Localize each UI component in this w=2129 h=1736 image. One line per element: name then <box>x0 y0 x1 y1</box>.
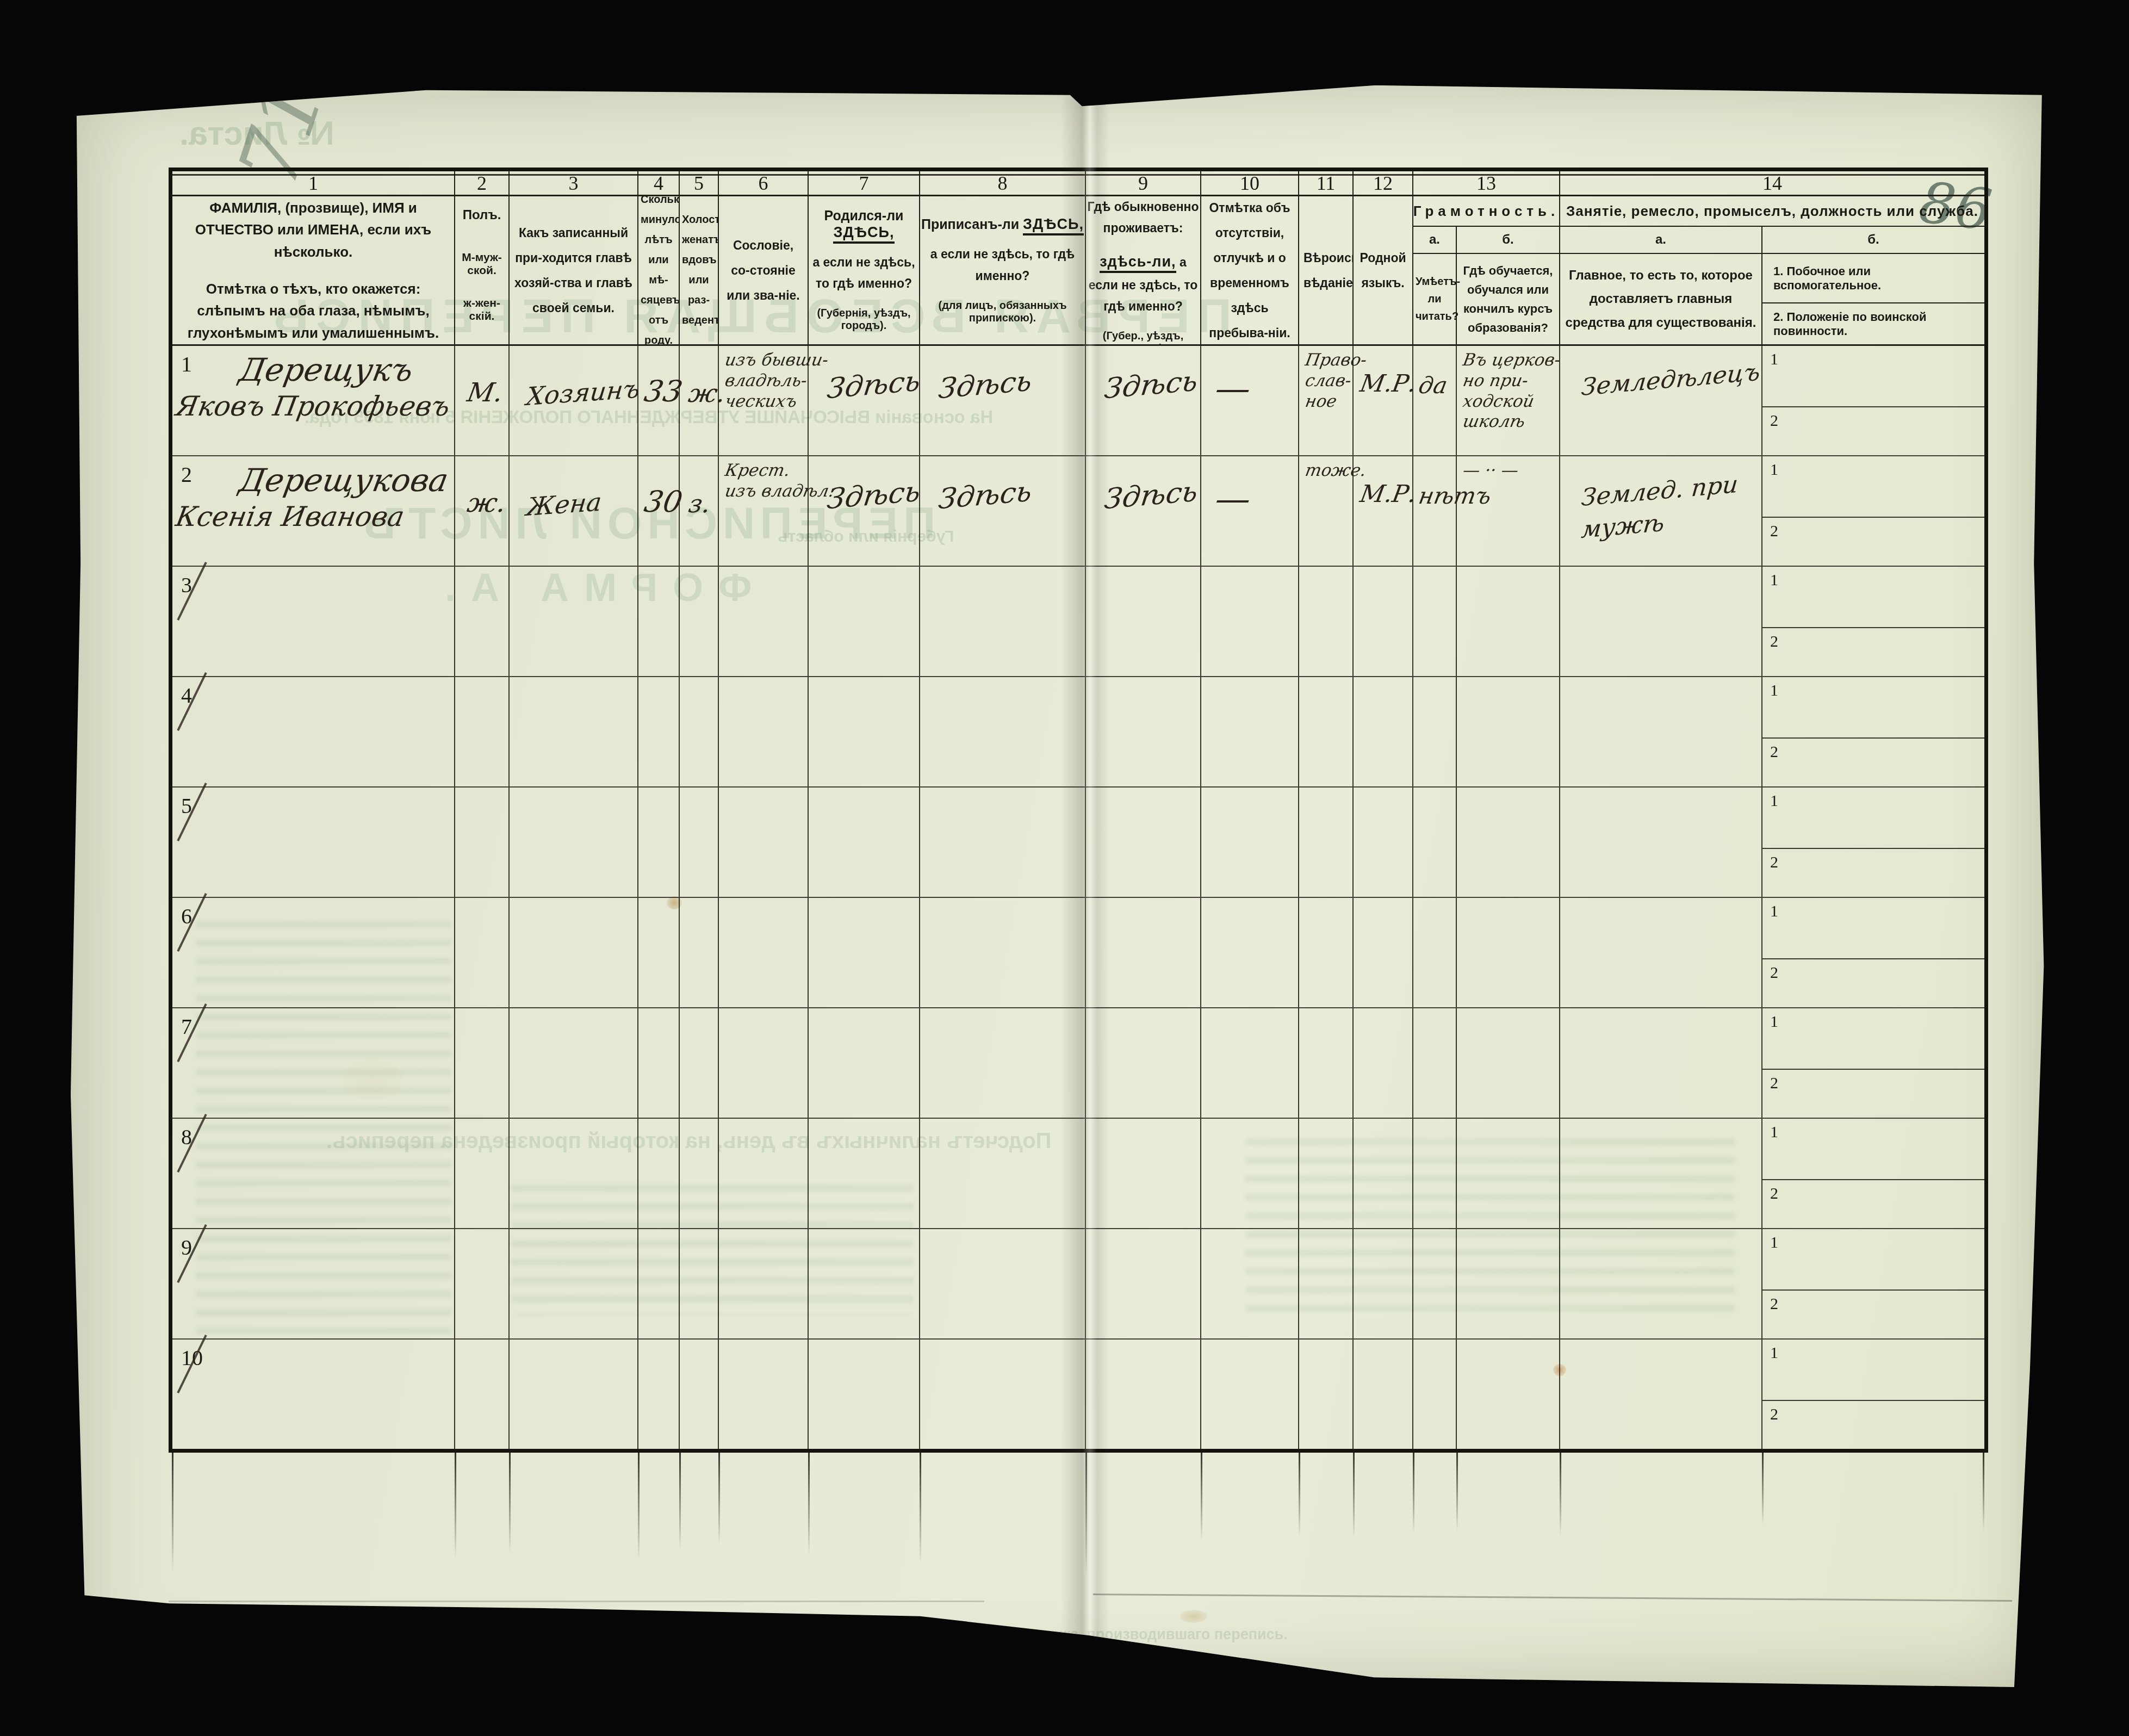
cell-age <box>638 677 680 786</box>
column-line-stub <box>172 1449 173 1571</box>
scan-background: № Листа. ПЕРВАЯ ВСЕОБЩАЯ ПЕРЕПИСЬ На осн… <box>0 0 2129 1736</box>
subcell-number: 2 <box>1762 1180 1984 1203</box>
subcell-number: 1 <box>1762 898 1984 921</box>
column-line-stub <box>1201 1449 1202 1541</box>
column-line-stub <box>1983 1449 1984 1530</box>
cell-relation <box>510 1119 638 1228</box>
cell-absence <box>1201 898 1299 1007</box>
col-number-14: 14 <box>1560 171 1984 196</box>
subcell-number: 2 <box>1762 1291 1984 1313</box>
cell-name: 10 <box>172 1340 455 1449</box>
cell-name: 1ДерещукъЯковъ Прокофьевъ <box>172 346 455 455</box>
cell-relation <box>510 567 638 676</box>
header-birthplace-pre: Родился-ли <box>824 208 904 224</box>
cell-literacy-reads: нѣтъ <box>1413 456 1457 566</box>
header-language: Родной языкъ. <box>1354 196 1413 344</box>
page-bottom-edge <box>169 1601 984 1602</box>
cell-occupation <box>1560 898 1762 1007</box>
column-line-stub <box>920 1449 921 1563</box>
cell-religion <box>1299 788 1354 897</box>
header-sex-title: Полъ. <box>455 208 508 223</box>
cell-sex: ж. <box>455 456 510 566</box>
header-literacy-where: Гдѣ обучается, обучался или кончилъ курс… <box>1457 254 1559 344</box>
cell-sex <box>455 567 510 676</box>
cell-occupation <box>1560 1008 1762 1118</box>
cell-side-occupation: 12 <box>1762 346 1984 455</box>
column-line-stub <box>808 1449 810 1555</box>
cell-marital: з. <box>680 456 719 566</box>
cell-relation: Жена <box>510 456 638 566</box>
row-number: 2 <box>181 462 192 487</box>
cell-age <box>638 788 680 897</box>
page-fold <box>1060 80 1109 1690</box>
cell-relation <box>510 677 638 786</box>
cell-occupation: Землед. примужѣ <box>1560 456 1762 566</box>
subcell-number: 1 <box>1762 1008 1984 1031</box>
subcell-number: 1 <box>1762 788 1984 810</box>
cell-language <box>1354 898 1413 1007</box>
cell-language: М.Р. <box>1354 346 1413 455</box>
cell-literacy-where: — ·· — <box>1457 456 1560 566</box>
cell-literacy-where: Въ церков-но при-ходскойшколѣ <box>1457 346 1560 455</box>
cell-religion <box>1299 567 1354 676</box>
side-occupation-2: 2 <box>1762 628 1984 676</box>
cell-age <box>638 1340 680 1449</box>
cell-sex <box>455 677 510 786</box>
cell-sex <box>455 788 510 897</box>
side-occupation-1: 1 <box>1762 1119 1984 1180</box>
handwritten-entry: Здѣсь <box>809 337 928 407</box>
cell-literacy-where <box>1457 788 1560 897</box>
cell-estate: изъ бывши-владѣль-ческихъ <box>719 346 809 455</box>
cell-estate <box>719 898 809 1007</box>
cell-estate <box>719 567 809 676</box>
cell-occupation: Земледѣлецъ <box>1560 346 1762 455</box>
cell-estate <box>719 1119 809 1228</box>
cell-marital <box>680 1340 719 1449</box>
cell-side-occupation: 12 <box>1762 677 1984 786</box>
side-occupation-2: 2 <box>1762 518 1984 566</box>
header-literacy-sub-b: б. <box>1457 227 1559 254</box>
subcell-number: 2 <box>1762 959 1984 982</box>
cell-religion <box>1299 1008 1354 1118</box>
col-number-1: 1 <box>172 171 455 196</box>
handwritten-entry: изъ бывши- <box>719 350 811 371</box>
header-occupation-title: Занятіе, ремесло, промыселъ, должность и… <box>1560 196 1984 227</box>
handwritten-entry: Здѣсь <box>809 447 928 517</box>
cell-literacy-reads <box>1413 898 1457 1007</box>
cell-born-here <box>809 1340 920 1449</box>
cell-occupation <box>1560 1229 1762 1338</box>
col-number-4: 4 <box>638 171 680 196</box>
cell-religion <box>1299 1340 1354 1449</box>
header-literacy-title: Грамотность. <box>1413 196 1559 227</box>
handwritten-entry: слав- <box>1299 371 1356 392</box>
handwritten-entry: Въ церков- <box>1457 350 1563 371</box>
cell-born-here: Здѣсь <box>809 456 920 566</box>
handwritten-entry: М.Р. <box>1354 456 1422 508</box>
side-occupation-1: 1 <box>1762 567 1984 628</box>
cell-sex <box>455 1340 510 1449</box>
cell-born-here <box>809 567 920 676</box>
subcell-number: 1 <box>1762 1340 1984 1362</box>
header-name-main: ФАМИЛІЯ, (прозвище), ИМЯ и ОТЧЕСТВО или … <box>187 197 440 263</box>
col-number-7: 7 <box>809 171 920 196</box>
cell-relation <box>510 1340 638 1449</box>
cell-religion <box>1299 1229 1354 1338</box>
cell-estate <box>719 677 809 786</box>
side-occupation-2: 2 <box>1762 1180 1984 1228</box>
cell-literacy-where <box>1457 898 1560 1007</box>
cell-religion <box>1299 677 1354 786</box>
header-occupation-sub-b: б. <box>1762 227 1984 254</box>
header-sex: Полъ. М-муж-ской. ж-жен-скій. <box>455 196 510 344</box>
header-residence-here: здѣсь-ли, <box>1100 253 1176 273</box>
cell-name: 7 <box>172 1008 455 1118</box>
handwritten-entry: — ·· — <box>1457 461 1563 481</box>
cell-language <box>1354 567 1413 676</box>
side-occupation-1: 1 <box>1762 1340 1984 1401</box>
header-occupation-sub-a: а. <box>1560 227 1762 254</box>
cell-side-occupation: 12 <box>1762 1119 1984 1228</box>
cell-name: 4 <box>172 677 455 786</box>
cell-literacy-reads <box>1413 1340 1457 1449</box>
col-number-3: 3 <box>510 171 638 196</box>
handwritten-entry: но при- <box>1457 371 1563 392</box>
cell-literacy-where <box>1457 1008 1560 1118</box>
cell-marital <box>680 898 719 1007</box>
column-line-stub <box>679 1449 681 1549</box>
cell-literacy-reads <box>1413 677 1457 786</box>
side-occupation-2: 2 <box>1762 959 1984 1007</box>
header-religion: Вѣроиспо-вѣданіе. <box>1299 196 1354 344</box>
header-literacy-reads: Умѣетъ-ли читать? <box>1413 254 1457 344</box>
cell-occupation <box>1560 1340 1762 1449</box>
cell-absence: — <box>1201 346 1299 455</box>
header-sex-male: М-муж-ской. <box>455 251 508 277</box>
header-birthplace: Родился-ли ЗДѢСЬ, а если не здѣсь, то гд… <box>809 196 920 344</box>
subcell-number: 1 <box>1762 677 1984 700</box>
cell-born-here <box>809 1229 920 1338</box>
side-occupation-1: 1 <box>1762 898 1984 959</box>
cell-age: 30 <box>638 456 680 566</box>
side-occupation-2: 2 <box>1762 407 1984 455</box>
cell-literacy-reads <box>1413 1229 1457 1338</box>
cell-sex <box>455 1229 510 1338</box>
cell-absence <box>1201 677 1299 786</box>
handwritten-entry: Земледѣлецъ <box>1560 356 1767 405</box>
column-line-stub <box>509 1449 511 1552</box>
col-number-10: 10 <box>1201 171 1299 196</box>
cell-literacy-reads: да <box>1413 346 1457 455</box>
row-number: 1 <box>181 351 192 377</box>
col-number-12: 12 <box>1354 171 1413 196</box>
cell-side-occupation: 12 <box>1762 1340 1984 1449</box>
col-number-2: 2 <box>455 171 510 196</box>
cell-estate: Крест.изъ владѣл. <box>719 456 809 566</box>
cell-age <box>638 1119 680 1228</box>
handwritten-entry: ходской <box>1457 392 1563 412</box>
cell-language <box>1354 1340 1413 1449</box>
handwritten-entry: — <box>1201 346 1309 409</box>
cell-occupation <box>1560 788 1762 897</box>
header-birthplace-note: (Губернія, уѣздъ, городъ). <box>809 307 919 332</box>
cell-relation: Хозяинъ <box>510 346 638 455</box>
cell-absence: — <box>1201 456 1299 566</box>
cell-marital <box>680 1229 719 1338</box>
handwritten-entry: школѣ <box>1457 412 1563 432</box>
column-line-stub <box>1353 1449 1355 1539</box>
cell-language <box>1354 677 1413 786</box>
header-literacy-sub-a: а. <box>1413 227 1457 254</box>
cell-born-here: Здѣсь <box>809 346 920 455</box>
column-line-stub <box>718 1449 720 1544</box>
subcell-number: 2 <box>1762 1401 1984 1424</box>
cell-age <box>638 898 680 1007</box>
handwritten-entry: изъ владѣл. <box>719 481 811 502</box>
subcell-number: 2 <box>1762 407 1984 430</box>
column-line-stub <box>638 1449 640 1560</box>
side-occupation-2: 2 <box>1762 739 1984 786</box>
header-age: Сколько минуло лѣтъ или мѣ-сяцевъ отъ ро… <box>638 196 680 344</box>
header-birthplace-here: ЗДѢСЬ, <box>833 224 894 244</box>
column-line-stub <box>1299 1449 1300 1536</box>
cell-literacy-reads <box>1413 788 1457 897</box>
header-occupation: Занятіе, ремесло, промыселъ, должность и… <box>1560 196 1984 344</box>
cell-occupation <box>1560 1119 1762 1228</box>
cell-literacy-reads <box>1413 1008 1457 1118</box>
side-occupation-1: 1 <box>1762 1008 1984 1070</box>
cell-religion: Право-слав-ное <box>1299 346 1354 455</box>
header-registration-pre: Приписанъ-ли <box>921 217 1019 232</box>
handwritten-entry: Право- <box>1299 350 1356 371</box>
cell-literacy-where <box>1457 1119 1560 1228</box>
subcell-number: 1 <box>1762 346 1984 369</box>
side-occupation-1: 1 <box>1762 677 1984 739</box>
cell-marital: ж. <box>680 346 719 455</box>
cell-sex <box>455 898 510 1007</box>
cell-born-here <box>809 677 920 786</box>
cell-literacy-where <box>1457 1340 1560 1449</box>
cell-age <box>638 567 680 676</box>
cell-absence <box>1201 1008 1299 1118</box>
cell-literacy-reads <box>1413 1119 1457 1228</box>
handwritten-entry: Жена <box>510 448 645 523</box>
column-line-stub <box>1762 1449 1764 1525</box>
cell-language: М.Р. <box>1354 456 1413 566</box>
subcell-number: 1 <box>1762 1229 1984 1252</box>
column-line-stub <box>1456 1449 1458 1530</box>
page-bottom-edge <box>1093 1594 2012 1602</box>
subcell-number: 1 <box>1762 1119 1984 1142</box>
cell-marital <box>680 1119 719 1228</box>
handwritten-entry: Дерещукова <box>237 462 461 499</box>
header-name: ФАМИЛІЯ, (прозвище), ИМЯ и ОТЧЕСТВО или … <box>172 196 455 344</box>
cell-name: 5 <box>172 788 455 897</box>
cell-side-occupation: 12 <box>1762 898 1984 1007</box>
handwritten-entry: — <box>1201 456 1309 519</box>
cell-absence <box>1201 788 1299 897</box>
column-line-stub <box>1413 1449 1414 1533</box>
subcell-number: 1 <box>1762 567 1984 590</box>
cell-relation <box>510 898 638 1007</box>
cell-language <box>1354 1008 1413 1118</box>
cell-language <box>1354 1229 1413 1338</box>
handwritten-entry: ческихъ <box>719 392 811 412</box>
column-line-stub <box>1560 1449 1561 1536</box>
handwritten-entry: Яковъ Прокофьевъ <box>173 390 460 422</box>
cell-side-occupation: 12 <box>1762 1008 1984 1118</box>
cell-name: 2ДерещуковаКсенія Иванова <box>172 456 455 566</box>
subcell-number: 2 <box>1762 1070 1984 1093</box>
cell-language <box>1354 1119 1413 1228</box>
cell-side-occupation: 12 <box>1762 567 1984 676</box>
header-birthplace-rest: а если не здѣсь, то гдѣ именно? <box>809 252 919 294</box>
header-absence: Отмѣтка объ отсутствіи, отлучкѣ и о врем… <box>1201 196 1299 344</box>
cell-religion <box>1299 1119 1354 1228</box>
subcell-number: 1 <box>1762 456 1984 479</box>
header-occupation-main: Главное, то есть то, которое доставляетъ… <box>1560 254 1762 344</box>
cell-sex: М. <box>455 346 510 455</box>
cell-relation <box>510 1229 638 1338</box>
cell-marital <box>680 677 719 786</box>
handwritten-entry: владѣль- <box>719 371 811 392</box>
header-literacy: Грамотность. а. б. Умѣетъ-ли читать? Гдѣ… <box>1413 196 1560 344</box>
cell-born-here <box>809 1008 920 1118</box>
side-occupation-2: 2 <box>1762 1401 1984 1449</box>
cell-relation <box>510 1008 638 1118</box>
cell-name: 9 <box>172 1229 455 1338</box>
handwritten-entry: Хозяинъ <box>510 337 645 412</box>
cell-sex <box>455 1119 510 1228</box>
cell-side-occupation: 12 <box>1762 456 1984 566</box>
cell-religion <box>1299 898 1354 1007</box>
cell-side-occupation: 12 <box>1762 788 1984 897</box>
handwritten-entry: тоже. <box>1299 461 1356 481</box>
cell-religion: тоже. <box>1299 456 1354 566</box>
header-occupation-military: 2. Положеніе по воинской повинности. <box>1762 303 1984 344</box>
handwritten-entry: Дерещукъ <box>237 351 461 388</box>
header-estate: Сословіе, со-стояніе или зва-ніе. <box>719 196 809 344</box>
cell-literacy-reads <box>1413 567 1457 676</box>
cell-absence <box>1201 1340 1299 1449</box>
handwritten-entry: ное <box>1299 392 1356 412</box>
subcell-number: 2 <box>1762 518 1984 541</box>
handwritten-entry: Крест. <box>719 461 811 481</box>
cell-born-here <box>809 788 920 897</box>
cell-age <box>638 1229 680 1338</box>
cell-absence <box>1201 1119 1299 1228</box>
cell-estate <box>719 1340 809 1449</box>
cell-born-here <box>809 1119 920 1228</box>
handwritten-entry: М.Р. <box>1354 346 1422 398</box>
side-occupation-1: 1 <box>1762 346 1984 407</box>
col-number-5: 5 <box>680 171 719 196</box>
cell-estate <box>719 788 809 897</box>
side-occupation-2: 2 <box>1762 849 1984 897</box>
handwritten-entry: Ксенія Иванова <box>173 501 460 532</box>
side-occupation-1: 1 <box>1762 456 1984 518</box>
cell-literacy-where <box>1457 1229 1560 1338</box>
cell-born-here <box>809 898 920 1007</box>
column-line-stub <box>455 1449 456 1558</box>
cell-name: 6 <box>172 898 455 1007</box>
cell-estate <box>719 1008 809 1118</box>
cell-relation <box>510 788 638 897</box>
cell-name: 3 <box>172 567 455 676</box>
cell-age: 33 <box>638 346 680 455</box>
cell-literacy-where <box>1457 567 1560 676</box>
cell-side-occupation: 12 <box>1762 1229 1984 1338</box>
side-occupation-2: 2 <box>1762 1070 1984 1118</box>
paper-stain <box>1180 1610 1207 1623</box>
subcell-number: 2 <box>1762 739 1984 761</box>
cell-absence <box>1201 567 1299 676</box>
ghost-signature-label: Подпись счетчика, производившаго перепис… <box>946 1626 1288 1643</box>
census-sheet: № Листа. ПЕРВАЯ ВСЕОБЩАЯ ПЕРЕПИСЬ На осн… <box>71 80 2046 1690</box>
side-occupation-2: 2 <box>1762 1291 1984 1338</box>
subcell-number: 2 <box>1762 849 1984 872</box>
header-occupation-side: 1. Побочное или вспомогательное. <box>1762 254 1984 303</box>
cell-literacy-where <box>1457 677 1560 786</box>
col-number-11: 11 <box>1299 171 1354 196</box>
cell-name: 8 <box>172 1119 455 1228</box>
cell-marital <box>680 567 719 676</box>
cell-age <box>638 1008 680 1118</box>
cell-estate <box>719 1229 809 1338</box>
header-name-note: Отмѣтка о тѣхъ, кто окажется: слѣпымъ на… <box>187 278 440 344</box>
cell-occupation <box>1560 567 1762 676</box>
cell-absence <box>1201 1229 1299 1338</box>
side-occupation-1: 1 <box>1762 788 1984 849</box>
col-number-13: 13 <box>1413 171 1560 196</box>
col-number-6: 6 <box>719 171 809 196</box>
cell-marital <box>680 788 719 897</box>
cell-sex <box>455 1008 510 1118</box>
header-relation: Какъ записанный при-ходится главѣ хозяй-… <box>510 196 638 344</box>
cell-language <box>1354 788 1413 897</box>
cell-occupation <box>1560 677 1762 786</box>
side-occupation-1: 1 <box>1762 1229 1984 1291</box>
subcell-number: 2 <box>1762 628 1984 651</box>
cell-marital <box>680 1008 719 1118</box>
header-marital: Холостъ, женатъ, вдовъ или раз-веденъ. <box>680 196 719 344</box>
header-sex-female: ж-жен-скій. <box>455 297 508 323</box>
